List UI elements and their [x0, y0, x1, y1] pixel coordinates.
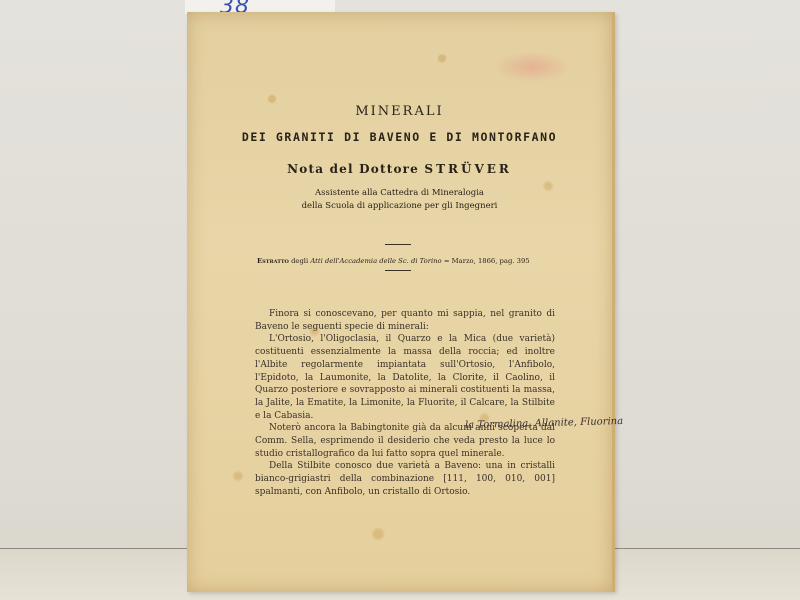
extract-prefix: degli: [291, 257, 308, 265]
affiliation-line-2: della Scuola di applicazione per gli Ing…: [187, 201, 612, 211]
extract-label: Estratto: [257, 257, 289, 265]
extract-source: Atti dell'Accademia delle Sc. di Torino: [310, 257, 441, 265]
author-prefix: Nota del Dottore: [287, 162, 419, 176]
document-page: MINERALI DEI GRANITI DI BAVENO E DI MONT…: [187, 12, 615, 592]
paragraph: Della Stilbite conosco due varietà a Bav…: [255, 460, 555, 498]
body-text: Finora si conoscevano, per quanto mi sap…: [255, 308, 555, 499]
author-name: STRÜVER: [424, 162, 511, 176]
author-line: Nota del Dottore STRÜVER: [187, 162, 612, 176]
document-title: MINERALI: [187, 104, 612, 119]
document-subtitle: DEI GRANITI DI BAVENO E DI MONTORFANO: [187, 130, 612, 144]
divider-rule-top: [385, 244, 411, 245]
affiliation-line-1: Assistente alla Cattedra di Mineralogia: [187, 188, 612, 198]
extract-citation: Estratto degli Atti dell'Accademia delle…: [257, 257, 557, 265]
paragraph: L'Ortosio, l'Oligoclasia, il Quarzo e la…: [255, 333, 555, 422]
paragraph: Finora si conoscevano, per quanto mi sap…: [255, 308, 555, 333]
extract-suffix: = Marzo, 1866, pag. 395: [444, 257, 530, 265]
divider-rule-bottom: [385, 270, 411, 271]
